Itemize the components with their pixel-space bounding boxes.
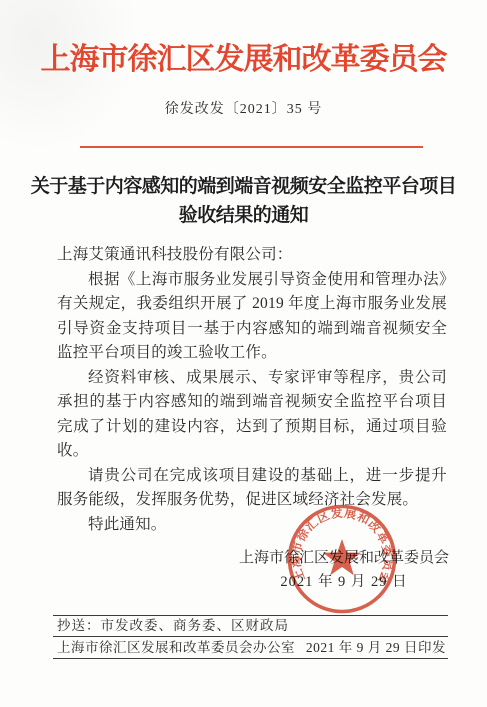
signature-date: 2021 年 9 月 29 日 — [238, 570, 450, 594]
notice-title-line2: 验收结果的通知 — [30, 201, 457, 230]
salutation: 上海艾策通讯科技股份有限公司： — [57, 243, 447, 268]
notice-title-line1: 关于基于内容感知的端到端音视频安全监控平台项目 — [30, 172, 457, 201]
body-paragraph: 特此通知。 — [57, 513, 447, 538]
notice-title: 关于基于内容感知的端到端音视频安全监控平台项目 验收结果的通知 — [30, 172, 457, 230]
signature-agency: 上海市徐汇区发展和改革委员会 — [238, 546, 450, 570]
body-paragraph: 经资料审核、成果展示、专家评审等程序，贵公司承担的基于内容感知的端到端音视频安全… — [57, 366, 447, 464]
footer-cc-line: 抄送：市发改委、商务委、区财政局 — [53, 616, 448, 637]
notice-body: 上海艾策通讯科技股份有限公司： 根据《上海市服务业发展引导资金使用和管理办法》有… — [57, 243, 447, 537]
footer-print-date: 2021 年 9 月 29 日印发 — [306, 637, 446, 658]
red-separator-rule — [80, 146, 423, 148]
document-page: 上海市徐汇区发展和改革委员会 徐发改发〔2021〕35 号 关于基于内容感知的端… — [0, 0, 487, 707]
body-paragraph: 根据《上海市服务业发展引导资金使用和管理办法》有关规定，我委组织开展了 2019… — [57, 268, 447, 366]
signature-block: 上海市徐汇区发展和改革委员会 2021 年 9 月 29 日 — [238, 546, 450, 594]
body-paragraph: 请贵公司在完成该项目建设的基础上，进一步提升服务能级，发挥服务优势，促进区域经济… — [57, 464, 447, 513]
footer-issue-line: 上海市徐汇区发展和改革委员会办公室 2021 年 9 月 29 日印发 — [53, 637, 448, 659]
document-number: 徐发改发〔2021〕35 号 — [0, 101, 487, 119]
footer-issuing-office: 上海市徐汇区发展和改革委员会办公室 — [57, 637, 295, 658]
agency-letterhead-title: 上海市徐汇区发展和改革委员会 — [0, 41, 487, 79]
document-footer: 抄送：市发改委、商务委、区财政局 上海市徐汇区发展和改革委员会办公室 2021 … — [53, 615, 448, 659]
